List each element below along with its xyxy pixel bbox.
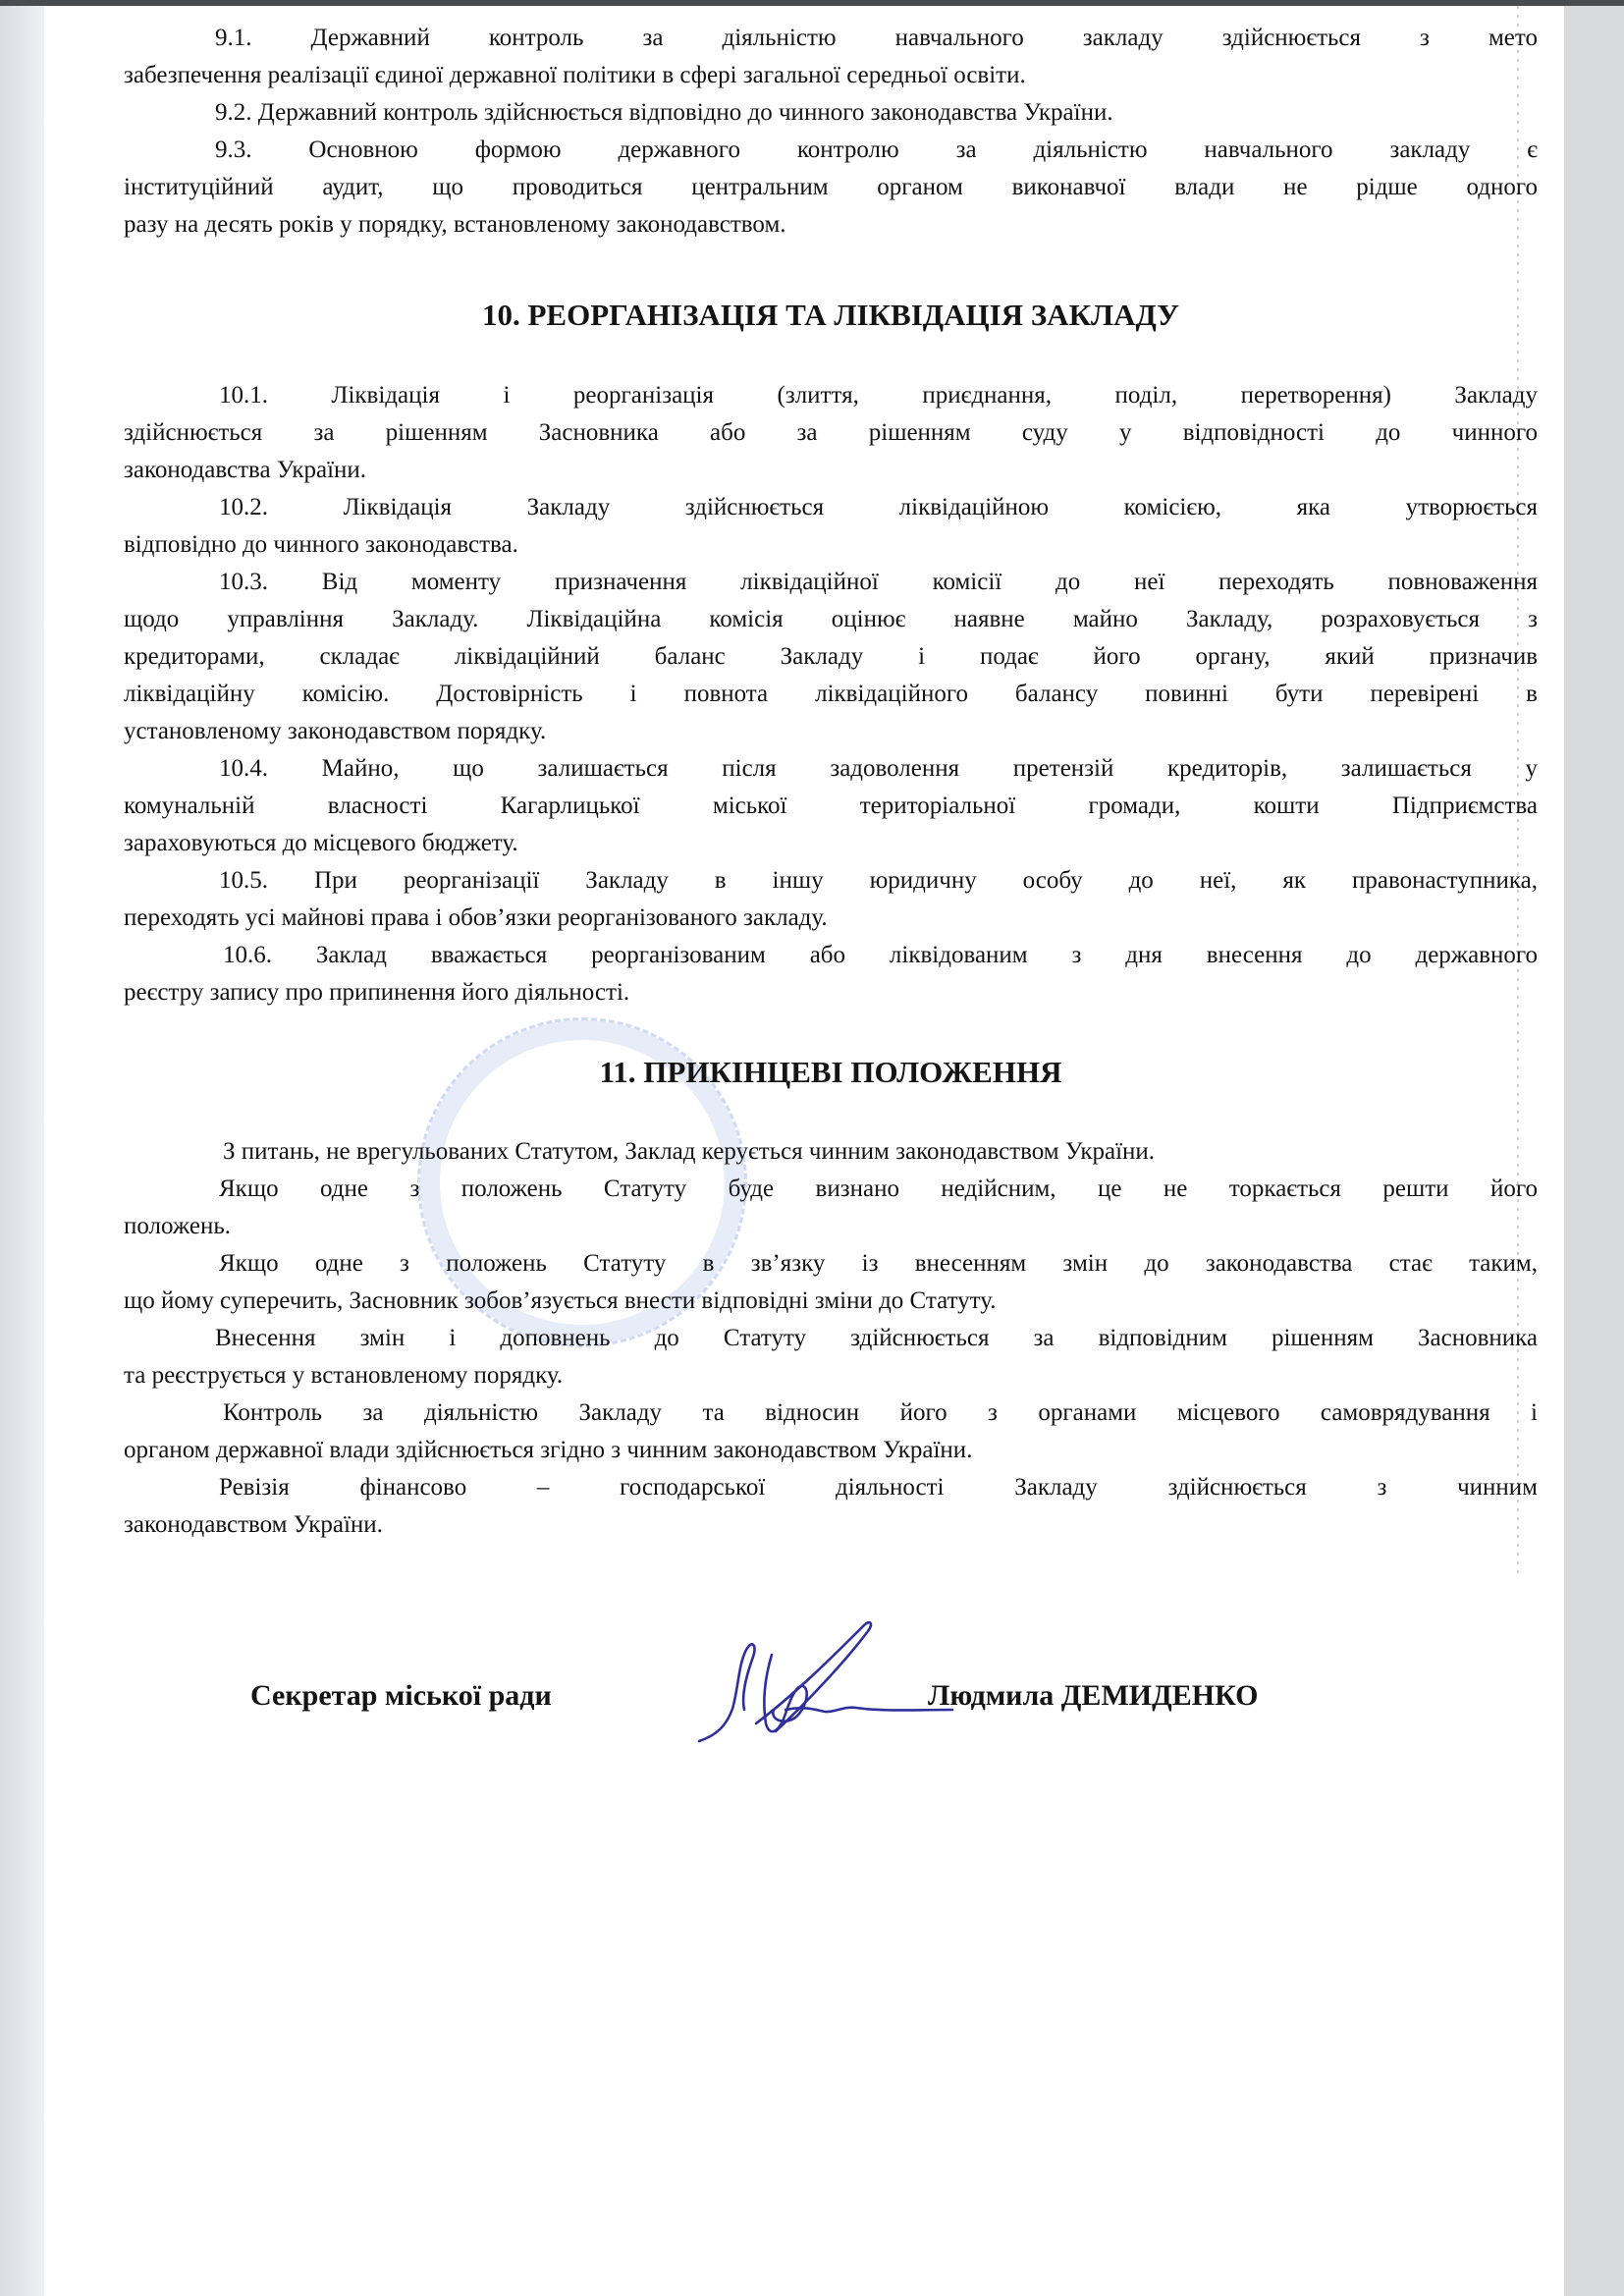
text-line: інституційний аудит, що проводиться цент… xyxy=(124,169,1538,206)
document-page: 9.1. Державний контроль за діяльністю на… xyxy=(44,6,1564,2296)
text-line: 9.1. Державний контроль за діяльністю на… xyxy=(215,20,1538,57)
signatory-name: Людмила ДЕМИДЕНКО xyxy=(928,1679,1258,1713)
text-line: забезпечення реалізації єдиної державної… xyxy=(124,57,1026,94)
text-line: 9.3. Основною формою державного контролю… xyxy=(215,132,1538,169)
text-line: комунальній власності Кагарлицької міськ… xyxy=(124,788,1538,825)
text-line: Якщо одне з положень Статуту буде визнан… xyxy=(219,1171,1538,1208)
scan-left-edge xyxy=(0,6,44,2296)
text-line: 10.6. Заклад вважається реорганізованим … xyxy=(223,937,1538,974)
text-line: 10.5. При реорганізації Закладу в іншу ю… xyxy=(219,862,1538,900)
text-line: З питань, не врегульованих Статутом, Зак… xyxy=(223,1133,1155,1171)
text-line: здійснюється за рішенням Засновника або … xyxy=(124,414,1538,452)
text-line: переходять усі майнові права і обов’язки… xyxy=(124,900,828,937)
text-line: положень. xyxy=(124,1208,231,1245)
text-line: Ревізія фінансово – господарської діяльн… xyxy=(219,1469,1538,1506)
text-line: реєстру запису про припинення його діяль… xyxy=(124,974,629,1011)
text-line: 10.3. Від моменту призначення ліквідацій… xyxy=(219,564,1538,601)
signatory-title: Секретар міської ради xyxy=(250,1679,552,1713)
section-11-heading: 11. ПРИКІНЦЕВІ ПОЛОЖЕННЯ xyxy=(124,1053,1538,1092)
text-line: Контроль за діяльністю Закладу та віднос… xyxy=(223,1394,1538,1432)
text-line: 10.4. Майно, що залишається після задово… xyxy=(219,750,1538,788)
text-line: кредиторами, складає ліквідаційний балан… xyxy=(124,638,1538,676)
text-line: 9.2. Державний контроль здійснюється від… xyxy=(215,94,1113,132)
text-line: органом державної влади здійснюється згі… xyxy=(124,1432,972,1469)
text-line: зараховуються до місцевого бюджету. xyxy=(124,825,518,862)
text-line: установленому законодавством порядку. xyxy=(124,713,546,750)
text-line: Якщо одне з положень Статуту в зв’язку і… xyxy=(219,1245,1538,1283)
handwritten-signature-icon xyxy=(687,1615,972,1748)
section-10-heading: 10. РЕОРГАНІЗАЦІЯ ТА ЛІКВІДАЦІЯ ЗАКЛАДУ xyxy=(124,296,1538,335)
text-line: законодавством України. xyxy=(124,1506,383,1544)
text-line: разу на десять років у порядку, встановл… xyxy=(124,206,786,244)
text-line: Внесення змін і доповнень до Статуту зді… xyxy=(215,1320,1538,1357)
text-line: відповідно до чинного законодавства. xyxy=(124,526,518,564)
text-line: 10.2. Ліквідація Закладу здійснюється лі… xyxy=(219,489,1538,526)
text-line: законодавства України. xyxy=(124,452,366,489)
text-line: що йому суперечить, Засновник зобов’язує… xyxy=(124,1283,997,1320)
text-line: 10.1. Ліквідація і реорганізація (злиття… xyxy=(219,377,1538,414)
text-line: щодо управління Закладу. Ліквідаційна ко… xyxy=(124,601,1538,638)
text-line: ліквідаційну комісію. Достовірність і по… xyxy=(124,676,1538,713)
text-line: та реєструється у встановленому порядку. xyxy=(124,1357,563,1394)
